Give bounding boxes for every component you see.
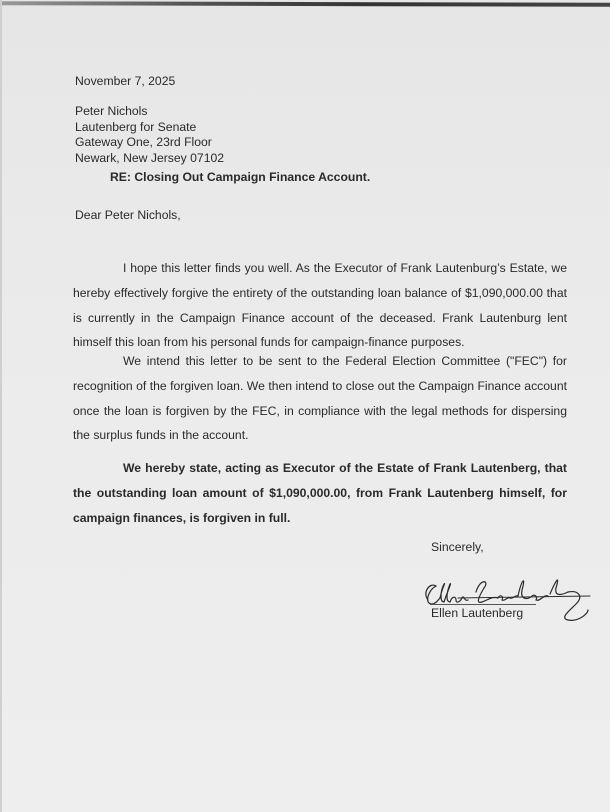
recipient-address-line2: Newark, New Jersey 07102 — [75, 151, 224, 167]
recipient-address: Peter Nichols Lautenberg for Senate Gate… — [75, 104, 224, 166]
subject-line: RE: Closing Out Campaign Finance Account… — [110, 170, 370, 184]
recipient-address-line1: Gateway One, 23rd Floor — [75, 135, 224, 151]
signature-line — [430, 604, 536, 605]
recipient-name: Peter Nichols — [75, 104, 224, 120]
body-paragraph-2: We intend this letter to be sent to the … — [73, 349, 567, 448]
body-paragraph-1: I hope this letter finds you well. As th… — [73, 256, 567, 355]
letter-page: November 7, 2025 Peter Nichols Lautenber… — [0, 0, 610, 812]
body-paragraph-3-bold: We hereby state, acting as Executor of t… — [73, 456, 567, 530]
scan-top-edge — [0, 1, 610, 7]
salutation: Dear Peter Nichols, — [75, 208, 181, 222]
signer-name: Ellen Lautenberg — [431, 606, 523, 620]
closing: Sincerely, — [431, 540, 484, 554]
recipient-organization: Lautenberg for Senate — [75, 120, 224, 136]
letter-date: November 7, 2025 — [75, 74, 175, 90]
scan-left-edge — [0, 0, 2, 812]
